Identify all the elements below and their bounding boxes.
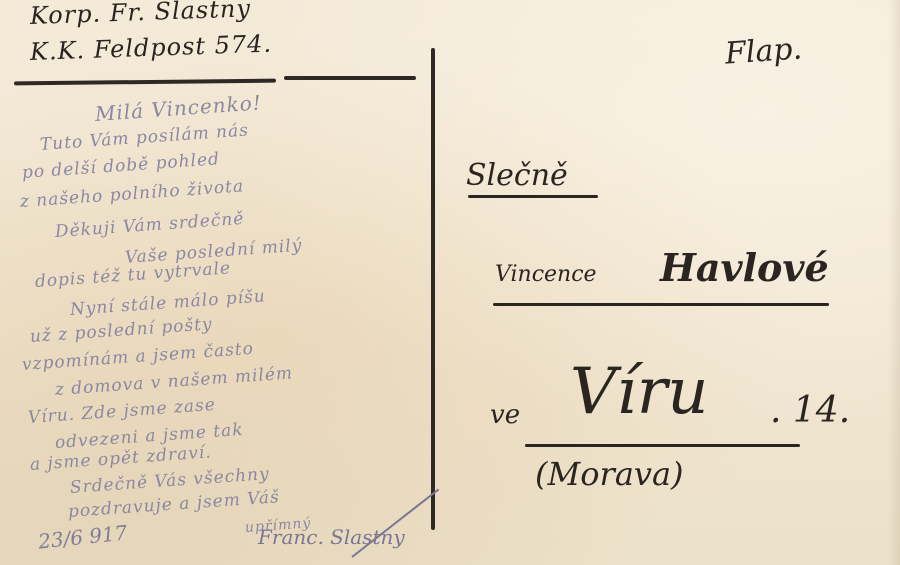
message-signature: Franc. Slastny: [258, 525, 405, 549]
sender-line-1: Korp. Fr. Slastny: [30, 0, 252, 30]
name-underline: [493, 303, 829, 306]
address-preposition: ve: [490, 400, 520, 430]
stamp-note: Flap.: [724, 31, 803, 71]
vertical-divider: [431, 48, 435, 530]
city-underline: [525, 444, 800, 447]
sender-underline-left: [14, 79, 276, 86]
address-first-name: Vincence: [495, 262, 597, 287]
message-line: Nyní stále málo píšu: [69, 286, 266, 320]
address-salutation: Slečně: [466, 158, 568, 193]
message-line: už z poslední pošty: [29, 314, 213, 347]
paper-edge-shadow: [888, 0, 900, 565]
message-line: Děkuji Vám srdečně: [54, 209, 245, 242]
message-line: po delší době pohled: [21, 149, 220, 183]
sender-underline-right: [284, 76, 416, 80]
address-house-number: . 14.: [770, 390, 850, 431]
address-region: (Morava): [535, 455, 684, 493]
address-city: Víru: [570, 355, 709, 429]
salutation-underline: [468, 195, 598, 198]
sender-line-2: K.K. Feldpost 574.: [30, 30, 273, 66]
address-last-name: Havlové: [660, 245, 829, 290]
message-line: z našeho polního života: [19, 176, 244, 212]
message-date: 23/6 917: [37, 520, 128, 553]
postcard: Korp. Fr. Slastny K.K. Feldpost 574. Mil…: [0, 0, 900, 565]
